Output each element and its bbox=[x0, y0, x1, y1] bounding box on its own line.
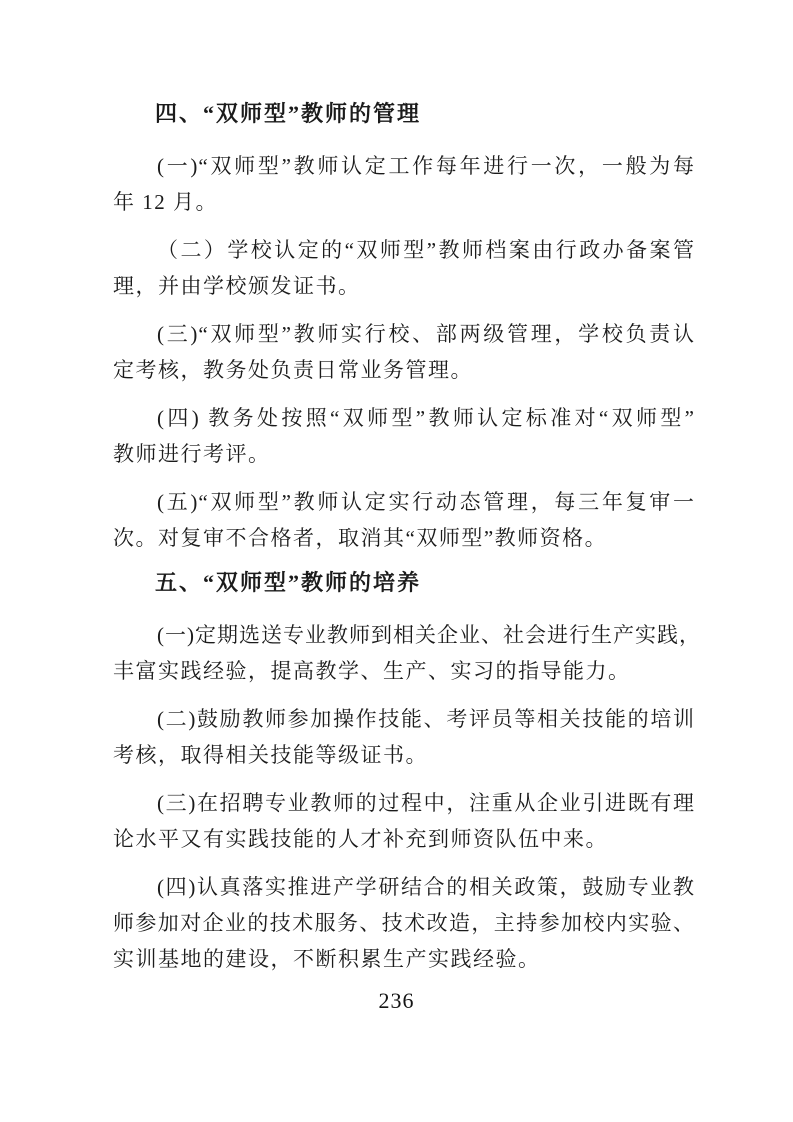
paragraph: (四)认真落实推进产学研结合的相关政策，鼓励专业教师参加对企业的技术服务、技术改… bbox=[113, 869, 695, 977]
text-line: (四)认真落实推进产学研结合的相关政策，鼓励专业教 bbox=[113, 869, 695, 905]
text-line: 教师进行考评。 bbox=[113, 436, 695, 472]
text-line: 考核，取得相关技能等级证书。 bbox=[113, 737, 695, 773]
text-line: （二）学校认定的“双师型”教师档案由行政办备案管 bbox=[113, 232, 695, 268]
text-line: (四) 教务处按照“双师型”教师认定标准对“双师型” bbox=[113, 400, 695, 436]
paragraph: (四) 教务处按照“双师型”教师认定标准对“双师型”教师进行考评。 bbox=[113, 400, 695, 472]
text-line: (三)“双师型”教师实行校、部两级管理，学校负责认 bbox=[113, 316, 695, 352]
paragraph: (一)定期选送专业教师到相关企业、社会进行生产实践，丰富实践经验，提高教学、生产… bbox=[113, 617, 695, 689]
page-number: 236 bbox=[0, 988, 793, 1014]
text-line: 次。对复审不合格者，取消其“双师型”教师资格。 bbox=[113, 520, 695, 556]
text-line: 师参加对企业的技术服务、技术改造，主持参加校内实验、 bbox=[113, 905, 695, 941]
text-line: 论水平又有实践技能的人才补充到师资队伍中来。 bbox=[113, 821, 695, 857]
text-line: (三)在招聘专业教师的过程中，注重从企业引进既有理 bbox=[113, 785, 695, 821]
document-page: 四、“双师型”教师的管理(一)“双师型”教师认定工作每年进行一次，一般为每年 1… bbox=[0, 0, 793, 1122]
text-line: 定考核，教务处负责日常业务管理。 bbox=[113, 352, 695, 388]
text-line: 丰富实践经验，提高教学、生产、实习的指导能力。 bbox=[113, 653, 695, 689]
paragraph: (五)“双师型”教师认定实行动态管理，每三年复审一次。对复审不合格者，取消其“双… bbox=[113, 484, 695, 556]
text-line: (二)鼓励教师参加操作技能、考评员等相关技能的培训 bbox=[113, 701, 695, 737]
text-line: (五)“双师型”教师认定实行动态管理，每三年复审一 bbox=[113, 484, 695, 520]
paragraph: (二)鼓励教师参加操作技能、考评员等相关技能的培训考核，取得相关技能等级证书。 bbox=[113, 701, 695, 773]
document-body: 四、“双师型”教师的管理(一)“双师型”教师认定工作每年进行一次，一般为每年 1… bbox=[113, 96, 695, 977]
paragraph: （二）学校认定的“双师型”教师档案由行政办备案管理，并由学校颁发证书。 bbox=[113, 232, 695, 304]
section-heading: 五、“双师型”教师的培养 bbox=[113, 565, 695, 601]
paragraph: (三)“双师型”教师实行校、部两级管理，学校负责认定考核，教务处负责日常业务管理… bbox=[113, 316, 695, 388]
paragraph: (一)“双师型”教师认定工作每年进行一次，一般为每年 12 月。 bbox=[113, 148, 695, 220]
text-line: (一)“双师型”教师认定工作每年进行一次，一般为每 bbox=[113, 148, 695, 184]
text-line: (一)定期选送专业教师到相关企业、社会进行生产实践， bbox=[113, 617, 695, 653]
paragraph: (三)在招聘专业教师的过程中，注重从企业引进既有理论水平又有实践技能的人才补充到… bbox=[113, 785, 695, 857]
text-line: 理，并由学校颁发证书。 bbox=[113, 268, 695, 304]
text-line: 实训基地的建设，不断积累生产实践经验。 bbox=[113, 941, 695, 977]
section-heading: 四、“双师型”教师的管理 bbox=[113, 96, 695, 132]
text-line: 年 12 月。 bbox=[113, 184, 695, 220]
